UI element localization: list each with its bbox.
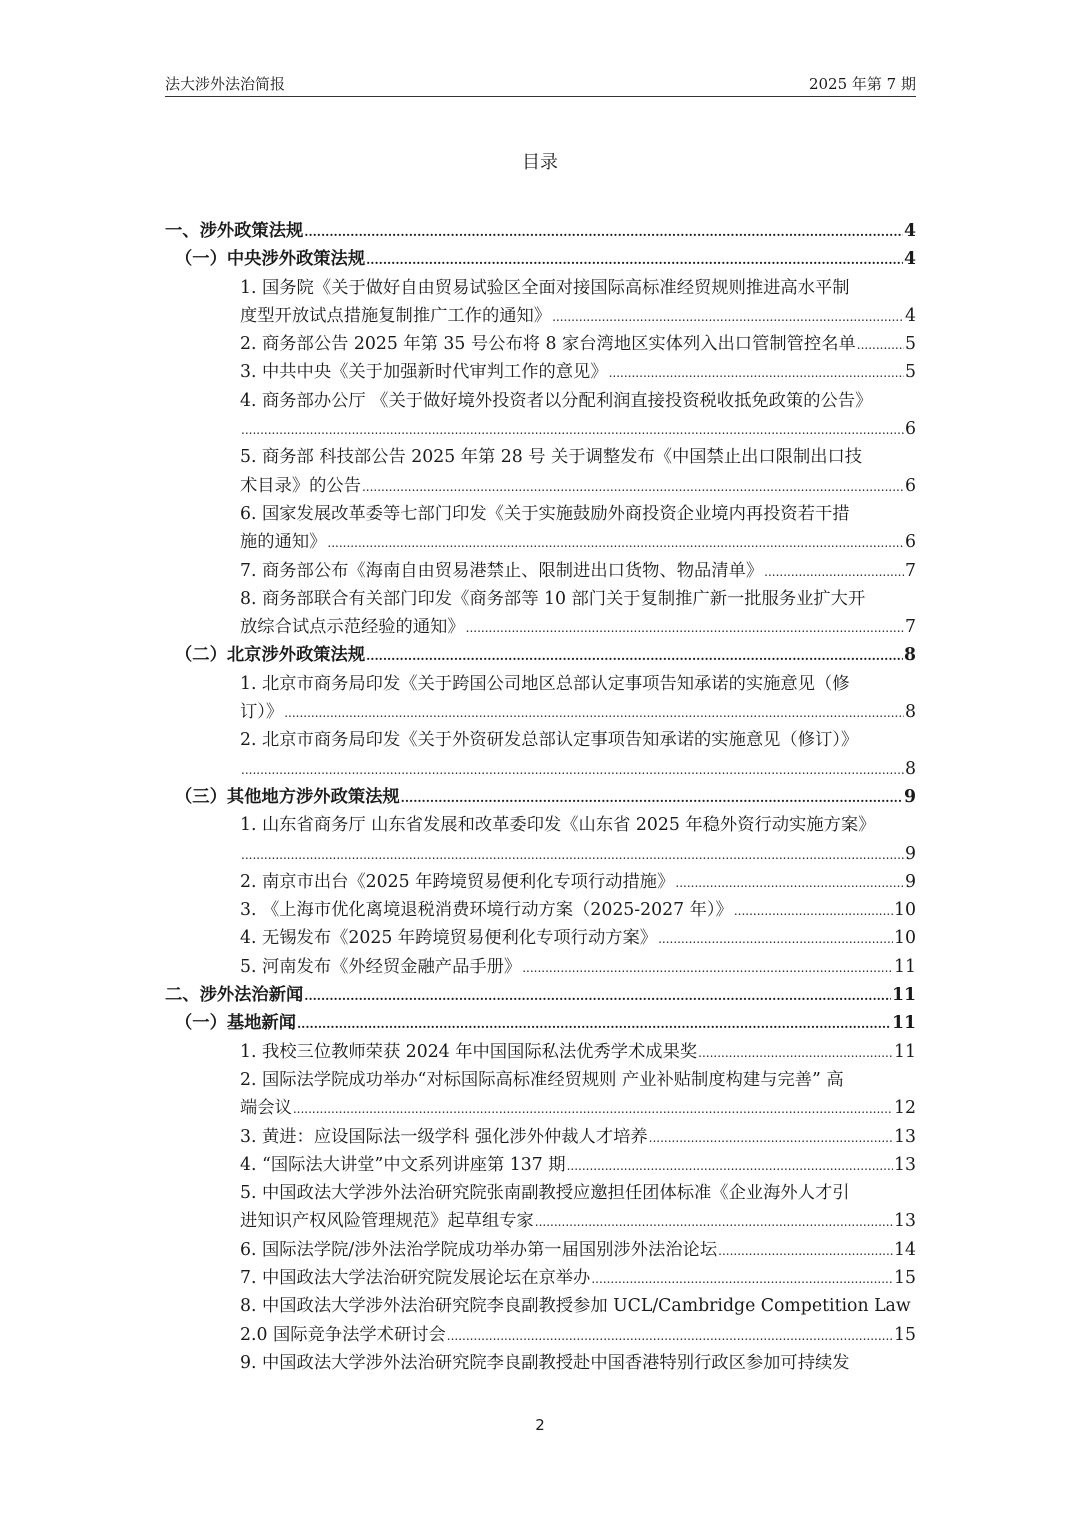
toc-page-number: 4 (904, 245, 916, 273)
toc-entry-title: 3. 黄进：应设国际法一级学科 强化涉外仲裁人才培养 (240, 1123, 648, 1151)
toc-page-number: 13 (894, 1207, 916, 1235)
dot-leader (535, 1207, 893, 1236)
toc-entry-title: 7. 商务部公布《海南自由贸易港禁止、限制进出口货物、物品清单》 (240, 557, 763, 585)
dot-leader (658, 924, 893, 953)
dot-leader (366, 641, 903, 670)
toc-item[interactable]: 2. 南京市出台《2025 年跨境贸易便利化专项行动措施》9 (165, 868, 916, 896)
toc-entry-title: （一）基地新闻 (175, 1009, 296, 1037)
toc-page-number: 6 (905, 472, 916, 500)
running-header: 法大涉外法治简报 2025 年第 7 期 (165, 76, 916, 97)
toc-entry-title: 施的通知》 (240, 528, 326, 556)
toc-title: 目录 (0, 148, 1080, 174)
toc-subsection[interactable]: （一）基地新闻11 (165, 1009, 916, 1037)
toc-entry-title: 5. 中国政法大学涉外法治研究院张南副教授应邀担任团体标准《企业海外人才引 (240, 1179, 916, 1207)
toc-entry-title: 2. 南京市出台《2025 年跨境贸易便利化专项行动措施》 (240, 868, 674, 896)
toc-page-number: 14 (894, 1236, 916, 1264)
dot-leader (241, 755, 904, 784)
toc-entry-title: 3. 中共中央《关于加强新时代审判工作的意见》 (240, 358, 608, 386)
toc-entry-title: 8. 中国政法大学涉外法治研究院李良副教授参加 UCL/Cambridge Co… (240, 1292, 916, 1320)
toc-section[interactable]: 二、涉外法治新闻11 (165, 981, 916, 1009)
dot-leader (609, 358, 904, 387)
dot-leader (366, 245, 903, 274)
dot-leader (447, 1321, 893, 1350)
toc-page-number: 10 (894, 924, 916, 952)
toc-page-number: 6 (905, 528, 916, 556)
dot-leader (466, 613, 904, 642)
toc-entry-title: 一、涉外政策法规 (165, 217, 303, 245)
dot-leader (284, 698, 904, 727)
dot-leader (327, 528, 904, 557)
toc-section[interactable]: 一、涉外政策法规4 (165, 217, 916, 245)
dot-leader (241, 415, 904, 444)
toc-item[interactable]: 5. 商务部 科技部公告 2025 年第 28 号 关于调整发布《中国禁止出口限… (165, 443, 916, 471)
toc-item-continuation[interactable]: 施的通知》6 (165, 528, 916, 556)
dot-leader (297, 1009, 891, 1038)
toc-page-number: 5 (905, 330, 916, 358)
toc-item[interactable]: 7. 商务部公布《海南自由贸易港禁止、限制进出口货物、物品清单》7 (165, 557, 916, 585)
toc-item[interactable]: 4. 无锡发布《2025 年跨境贸易便利化专项行动方案》10 (165, 924, 916, 952)
toc-entry-title: 4. 无锡发布《2025 年跨境贸易便利化专项行动方案》 (240, 924, 657, 952)
dot-leader (718, 1236, 893, 1265)
toc-item[interactable]: 8. 商务部联合有关部门印发《商务部等 10 部门关于复制推广新一批服务业扩大开 (165, 585, 916, 613)
toc-subsection[interactable]: （二）北京涉外政策法规8 (165, 641, 916, 669)
toc-page-number: 15 (894, 1321, 916, 1349)
toc-entry-title: （一）中央涉外政策法规 (175, 245, 365, 273)
toc-page-number: 9 (905, 840, 916, 868)
dot-leader (522, 953, 893, 982)
dot-leader (591, 1264, 893, 1293)
toc-item[interactable]: 5. 河南发布《外经贸金融产品手册》11 (165, 953, 916, 981)
toc-item[interactable]: 4. 商务部办公厅 《关于做好境外投资者以分配利润直接投资税收抵免政策的公告》 (165, 387, 916, 415)
toc-item-continuation[interactable]: 放综合试点示范经验的通知》7 (165, 613, 916, 641)
toc-page-number: 8 (905, 755, 916, 783)
toc-page-number: 8 (904, 641, 916, 669)
toc-item[interactable]: 2. 国际法学院成功举办“对标国际高标准经贸规则 产业补贴制度构建与完善” 高 (165, 1066, 916, 1094)
toc-entry-title: （二）北京涉外政策法规 (175, 641, 365, 669)
toc-page-number: 11 (892, 981, 916, 1009)
dot-leader (304, 217, 903, 246)
page-number: 2 (0, 1416, 1080, 1434)
toc-item[interactable]: 1. 山东省商务厅 山东省发展和改革委印发《山东省 2025 年稳外资行动实施方… (165, 811, 916, 839)
dot-leader (567, 1151, 893, 1180)
toc-item[interactable]: 3. 中共中央《关于加强新时代审判工作的意见》5 (165, 358, 916, 386)
toc-page-number: 13 (894, 1123, 916, 1151)
toc-item-continuation[interactable]: 端会议12 (165, 1094, 916, 1122)
dot-leader (304, 981, 891, 1010)
toc-item-continuation[interactable]: 9 (165, 840, 916, 868)
toc-item[interactable]: 5. 中国政法大学涉外法治研究院张南副教授应邀担任团体标准《企业海外人才引 (165, 1179, 916, 1207)
toc-item-continuation[interactable]: 2.0 国际竞争法学术研讨会15 (165, 1321, 916, 1349)
dot-leader (698, 1038, 893, 1067)
toc-entry-title: 端会议 (240, 1094, 292, 1122)
toc-entry-title: 7. 中国政法大学法治研究院发展论坛在京举办 (240, 1264, 590, 1292)
toc-entry-title: 术目录》的公告 (240, 472, 361, 500)
toc-entry-title: 进知识产权风险管理规范》起草组专家 (240, 1207, 534, 1235)
toc-item[interactable]: 8. 中国政法大学涉外法治研究院李良副教授参加 UCL/Cambridge Co… (165, 1292, 916, 1320)
dot-leader (649, 1123, 893, 1152)
toc-entry-title: 8. 商务部联合有关部门印发《商务部等 10 部门关于复制推广新一批服务业扩大开 (240, 585, 916, 613)
toc-item[interactable]: 4. “国际法大讲堂”中文系列讲座第 137 期13 (165, 1151, 916, 1179)
toc-item-continuation[interactable]: 术目录》的公告6 (165, 472, 916, 500)
toc-page-number: 11 (892, 1009, 916, 1037)
dot-leader (734, 896, 893, 925)
toc-entry-title: 2. 商务部公告 2025 年第 35 号公布将 8 家台湾地区实体列入出口管制… (240, 330, 856, 358)
toc-page-number: 7 (905, 557, 916, 585)
toc-item[interactable]: 6. 国家发展改革委等七部门印发《关于实施鼓励外商投资企业境内再投资若干措 (165, 500, 916, 528)
dot-leader (241, 840, 904, 869)
toc-entry-title: 订）》 (240, 698, 283, 726)
table-of-contents: 一、涉外政策法规4（一）中央涉外政策法规41. 国务院《关于做好自由贸易试验区全… (165, 217, 916, 1377)
toc-entry-title: 4. “国际法大讲堂”中文系列讲座第 137 期 (240, 1151, 566, 1179)
dot-leader (857, 330, 904, 359)
dot-leader (293, 1094, 893, 1123)
dot-leader (675, 868, 904, 897)
toc-page-number: 9 (904, 783, 916, 811)
toc-item-continuation[interactable]: 6 (165, 415, 916, 443)
publication-name: 法大涉外法治简报 (165, 73, 285, 94)
toc-item[interactable]: 3. 《上海市优化离境退税消费环境行动方案（2025-2027 年）》10 (165, 896, 916, 924)
toc-entry-title: 放综合试点示范经验的通知》 (240, 613, 465, 641)
toc-item[interactable]: 9. 中国政法大学涉外法治研究院李良副教授赴中国香港特别行政区参加可持续发 (165, 1349, 916, 1377)
toc-page-number: 12 (894, 1094, 916, 1122)
dot-leader (552, 302, 904, 331)
issue-number: 2025 年第 7 期 (809, 73, 916, 94)
toc-entry-title: 9. 中国政法大学涉外法治研究院李良副教授赴中国香港特别行政区参加可持续发 (240, 1349, 916, 1377)
toc-page-number: 6 (905, 415, 916, 443)
toc-item[interactable]: 1. 我校三位教师荣获 2024 年中国国际私法优秀学术成果奖11 (165, 1038, 916, 1066)
toc-page-number: 9 (905, 868, 916, 896)
toc-entry-title: 3. 《上海市优化离境退税消费环境行动方案（2025-2027 年）》 (240, 896, 733, 924)
toc-entry-title: 度型开放试点措施复制推广工作的通知》 (240, 302, 551, 330)
toc-subsection[interactable]: （三）其他地方涉外政策法规9 (165, 783, 916, 811)
toc-entry-title: 5. 商务部 科技部公告 2025 年第 28 号 关于调整发布《中国禁止出口限… (240, 443, 916, 471)
toc-entry-title: 1. 我校三位教师荣获 2024 年中国国际私法优秀学术成果奖 (240, 1038, 697, 1066)
toc-entry-title: 1. 山东省商务厅 山东省发展和改革委印发《山东省 2025 年稳外资行动实施方… (240, 811, 916, 839)
toc-item-continuation[interactable]: 进知识产权风险管理规范》起草组专家13 (165, 1207, 916, 1235)
toc-entry-title: 1. 国务院《关于做好自由贸易试验区全面对接国际高标准经贸规则推进高水平制 (240, 274, 916, 302)
toc-page-number: 8 (905, 698, 916, 726)
dot-leader (764, 557, 904, 586)
toc-entry-title: 5. 河南发布《外经贸金融产品手册》 (240, 953, 521, 981)
toc-item[interactable]: 6. 国际法学院/涉外法治学院成功举办第一届国别涉外法治论坛14 (165, 1236, 916, 1264)
toc-page-number: 5 (905, 358, 916, 386)
toc-entry-title: （三）其他地方涉外政策法规 (175, 783, 400, 811)
toc-item[interactable]: 1. 北京市商务局印发《关于跨国公司地区总部认定事项告知承诺的实施意见（修 (165, 670, 916, 698)
toc-item[interactable]: 2. 商务部公告 2025 年第 35 号公布将 8 家台湾地区实体列入出口管制… (165, 330, 916, 358)
toc-entry-title: 2.0 国际竞争法学术研讨会 (240, 1321, 446, 1349)
dot-leader (401, 783, 903, 812)
dot-leader (362, 472, 904, 501)
toc-item[interactable]: 7. 中国政法大学法治研究院发展论坛在京举办15 (165, 1264, 916, 1292)
toc-page-number: 13 (894, 1151, 916, 1179)
toc-entry-title: 二、涉外法治新闻 (165, 981, 303, 1009)
toc-page-number: 11 (894, 953, 916, 981)
toc-entry-title: 1. 北京市商务局印发《关于跨国公司地区总部认定事项告知承诺的实施意见（修 (240, 670, 916, 698)
toc-entry-title: 2. 北京市商务局印发《关于外资研发总部认定事项告知承诺的实施意见（修订）》 (240, 726, 916, 754)
toc-page-number: 4 (904, 217, 916, 245)
toc-item-continuation[interactable]: 度型开放试点措施复制推广工作的通知》4 (165, 302, 916, 330)
toc-item-continuation[interactable]: 订）》8 (165, 698, 916, 726)
toc-page-number: 10 (894, 896, 916, 924)
toc-page-number: 11 (894, 1038, 916, 1066)
toc-subsection[interactable]: （一）中央涉外政策法规4 (165, 245, 916, 273)
toc-entry-title: 2. 国际法学院成功举办“对标国际高标准经贸规则 产业补贴制度构建与完善” 高 (240, 1066, 916, 1094)
toc-entry-title: 6. 国际法学院/涉外法治学院成功举办第一届国别涉外法治论坛 (240, 1236, 717, 1264)
toc-item[interactable]: 1. 国务院《关于做好自由贸易试验区全面对接国际高标准经贸规则推进高水平制 (165, 274, 916, 302)
toc-item[interactable]: 3. 黄进：应设国际法一级学科 强化涉外仲裁人才培养13 (165, 1123, 916, 1151)
toc-page-number: 15 (894, 1264, 916, 1292)
toc-page-number: 7 (905, 613, 916, 641)
toc-item-continuation[interactable]: 8 (165, 755, 916, 783)
toc-entry-title: 4. 商务部办公厅 《关于做好境外投资者以分配利润直接投资税收抵免政策的公告》 (240, 387, 916, 415)
toc-item[interactable]: 2. 北京市商务局印发《关于外资研发总部认定事项告知承诺的实施意见（修订）》 (165, 726, 916, 754)
toc-page-number: 4 (905, 302, 916, 330)
toc-entry-title: 6. 国家发展改革委等七部门印发《关于实施鼓励外商投资企业境内再投资若干措 (240, 500, 916, 528)
